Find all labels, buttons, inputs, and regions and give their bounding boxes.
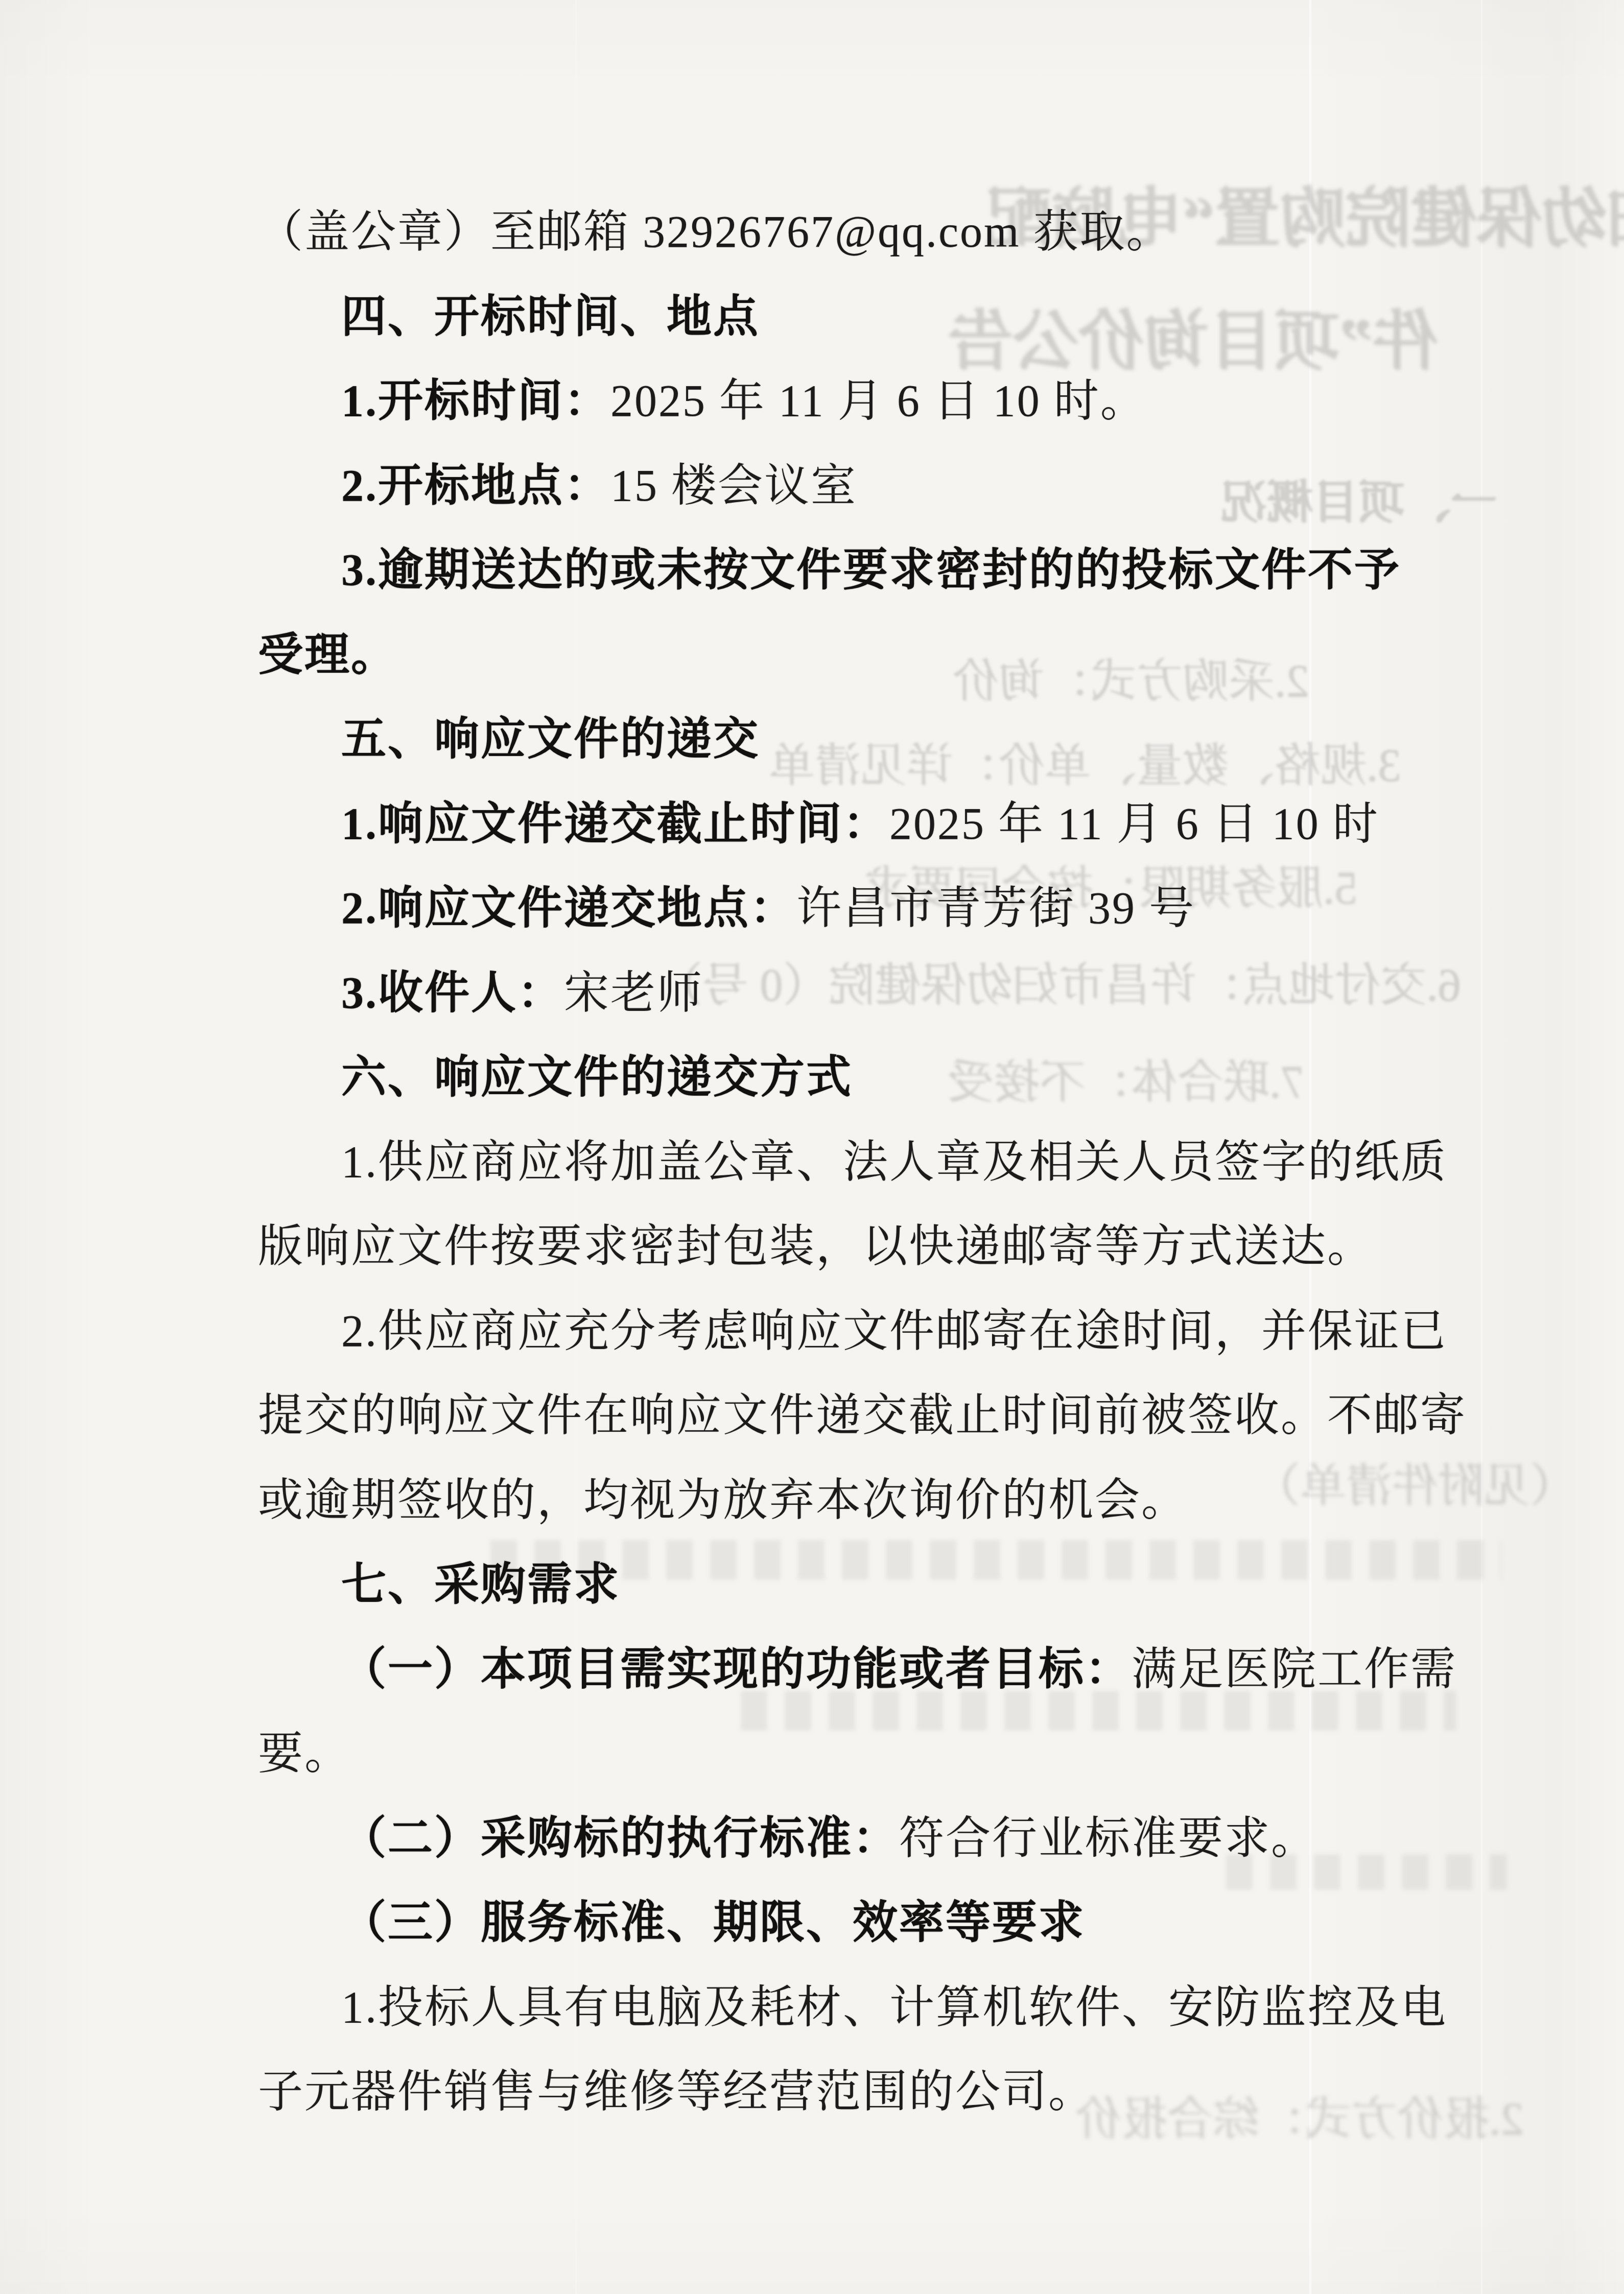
text-line: 1.响应文件递交截止时间：2025 年 11 月 6 日 10 时 — [341, 802, 1379, 847]
text-segment-bold: 3.收件人： — [341, 968, 564, 1018]
text-segment: 符合行业标准要求。 — [899, 1814, 1317, 1863]
text-segment-bold: 2.响应文件递交地点： — [341, 884, 796, 933]
text-line: 1.供应商应将加盖公章、法人章及相关人员签字的纸质 — [341, 1140, 1447, 1185]
text-line: 提交的响应文件在响应文件递交截止时间前被签收。不邮寄 — [258, 1393, 1467, 1438]
text-line: 七、采购需求 — [341, 1563, 620, 1607]
scanned-document-page: 许昌市妇幼保健院购置“电脑配件”项目询价公告一、项目概况2.采购方式：询价3.规… — [0, 0, 1624, 2294]
text-line: 受理。 — [258, 633, 397, 678]
text-line: （盖公章）至邮箱 32926767@qq.com 获取。 — [258, 210, 1173, 255]
text-segment-bold: 七、采购需求 — [341, 1560, 620, 1610]
text-segment: 15 楼会议室 — [610, 461, 857, 511]
text-line: 1.开标时间：2025 年 11 月 6 日 10 时。 — [341, 379, 1147, 424]
text-segment: 1.投标人具有电脑及耗材、计算机软件、安防监控及电 — [341, 1983, 1447, 2032]
text-segment-bold: （三）服务标准、期限、效率等要求 — [341, 1898, 1085, 1948]
text-line: 1.投标人具有电脑及耗材、计算机软件、安防监控及电 — [341, 1985, 1447, 2030]
text-segment: 许昌市青芳街 39 号 — [796, 884, 1195, 933]
text-line: 3.收件人：宋老师 — [341, 971, 703, 1016]
text-line: 要。 — [258, 1732, 351, 1777]
text-line: 六、响应文件的递交方式 — [341, 1055, 853, 1100]
text-line: 2.响应文件递交地点：许昌市青芳街 39 号 — [341, 886, 1195, 931]
text-segment: 满足医院工作需 — [1132, 1645, 1457, 1694]
text-segment: 2025 年 11 月 6 日 10 时 — [889, 799, 1379, 849]
text-line: 子元器件销售与维修等经营范围的公司。 — [258, 2070, 1095, 2115]
text-line: 2.开标地点：15 楼会议室 — [341, 464, 857, 509]
text-segment-bold: 四、开标时间、地点 — [341, 292, 760, 342]
text-segment: 或逾期签收的，均视为放弃本次询价的机会。 — [258, 1476, 1188, 1525]
text-line: 五、响应文件的递交 — [341, 717, 760, 762]
text-line: 版响应文件按要求密封包装，以快递邮寄等方式送达。 — [258, 1224, 1374, 1269]
text-segment: 宋老师 — [564, 968, 703, 1018]
text-segment-bold: 2.开标地点： — [341, 461, 610, 511]
text-segment-bold: （一）本项目需实现的功能或者目标： — [341, 1645, 1132, 1694]
text-line: 3.逾期送达的或未按文件要求密封的的投标文件不予 — [341, 548, 1401, 593]
text-segment-bold: 1.响应文件递交截止时间： — [341, 799, 889, 849]
text-line: （二）采购标的执行标准：符合行业标准要求。 — [341, 1816, 1317, 1861]
text-segment-bold: （二）采购标的执行标准： — [341, 1814, 899, 1863]
text-segment-bold: 1.开标时间： — [341, 376, 610, 426]
text-segment: 2.供应商应充分考虑响应文件邮寄在途时间，并保证已 — [341, 1307, 1447, 1356]
text-segment: 2025 年 11 月 6 日 10 时。 — [610, 376, 1147, 426]
text-segment-bold: 五、响应文件的递交 — [341, 715, 760, 764]
text-line: （一）本项目需实现的功能或者目标：满足医院工作需 — [341, 1647, 1457, 1692]
text-line: 或逾期签收的，均视为放弃本次询价的机会。 — [258, 1478, 1188, 1523]
text-segment: 1.供应商应将加盖公章、法人章及相关人员签字的纸质 — [341, 1138, 1447, 1187]
text-segment: 提交的响应文件在响应文件递交截止时间前被签收。不邮寄 — [258, 1391, 1467, 1440]
text-line: 2.供应商应充分考虑响应文件邮寄在途时间，并保证已 — [341, 1309, 1447, 1354]
text-segment: （盖公章）至邮箱 32926767@qq.com 获取。 — [258, 207, 1173, 257]
text-segment-bold: 六、响应文件的递交方式 — [341, 1053, 853, 1102]
text-segment: 要。 — [258, 1729, 351, 1779]
text-segment: 子元器件销售与维修等经营范围的公司。 — [258, 2067, 1095, 2117]
text-line: （三）服务标准、期限、效率等要求 — [341, 1901, 1085, 1946]
text-line: 四、开标时间、地点 — [341, 295, 760, 340]
document-text-layer: （盖公章）至邮箱 32926767@qq.com 获取。四、开标时间、地点1.开… — [0, 0, 1624, 2294]
text-segment: 版响应文件按要求密封包装，以快递邮寄等方式送达。 — [258, 1222, 1374, 1271]
text-segment-bold: 受理。 — [258, 630, 397, 680]
text-segment-bold: 3.逾期送达的或未按文件要求密封的的投标文件不予 — [341, 546, 1401, 595]
